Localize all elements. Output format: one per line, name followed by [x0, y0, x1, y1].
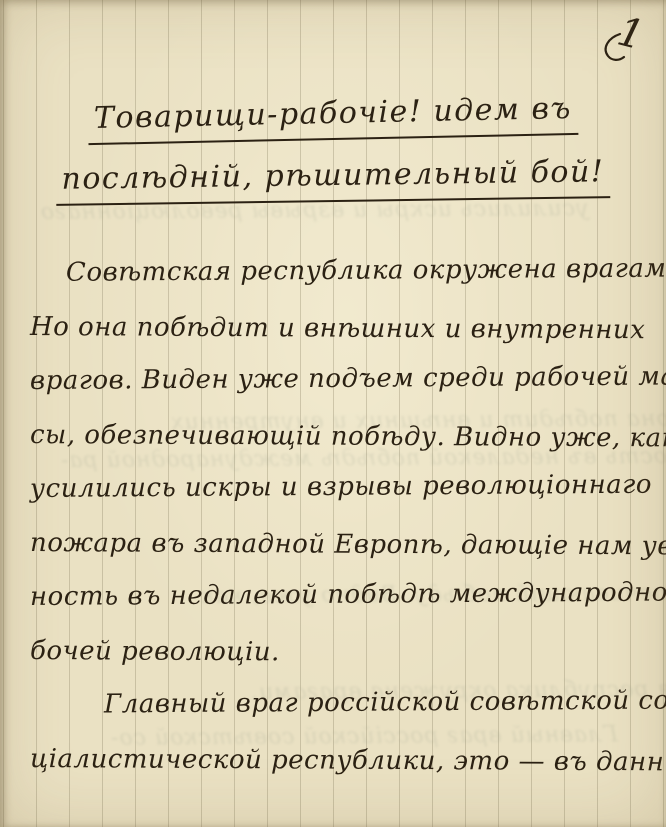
title-line-1: Товарищи-рабочіе! идем въ — [0, 89, 666, 147]
handwritten-line: ціалистической республики, это — въ данн… — [30, 732, 664, 789]
handwritten-line: Но она побѣдит и внѣшних и внутренних — [30, 300, 664, 357]
handwritten-line: Совѣтская республика окружена врагами. — [30, 242, 664, 300]
manuscript-body: Совѣтская республика окружена врагами. Н… — [30, 246, 664, 786]
handwritten-line: Главный враг россійской совѣтской со- — [30, 674, 664, 732]
article-title: Товарищи-рабочіе! идем въ послѣдній, рѣш… — [0, 96, 666, 220]
handwritten-line: бочей революціи. — [30, 624, 664, 681]
handwritten-line: сы, обезпечивающій побѣду. Видно уже, ка… — [30, 408, 664, 465]
page-number: 1 — [598, 12, 650, 68]
handwritten-line: усилились искры и взрывы революціоннаго — [30, 458, 664, 516]
title-line-2: послѣдній, рѣшительный бой! — [0, 153, 666, 206]
handwritten-line: пожара въ западной Европѣ, дающіе нам ув… — [30, 516, 664, 573]
handwritten-line: ность въ недалекой побѣдѣ международной … — [30, 566, 664, 624]
page-number-digit: 1 — [614, 12, 648, 57]
manuscript-page: усилились искры и взрывы революціоннаго … — [0, 0, 666, 827]
handwritten-line: врагов. Виден уже подъем среди рабочей м… — [30, 350, 664, 408]
